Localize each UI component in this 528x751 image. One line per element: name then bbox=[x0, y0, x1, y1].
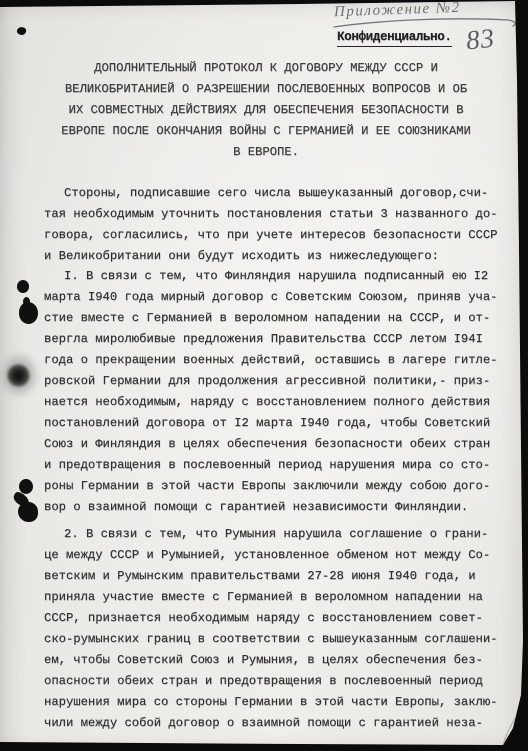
page-number: 83 bbox=[464, 23, 496, 57]
ink-speck-top-left bbox=[16, 26, 27, 37]
paper-sheet: Приложение №2 Конфиденциально. 83 ДОПОЛН… bbox=[0, 0, 528, 751]
ink-dot-2 bbox=[19, 479, 33, 494]
appendix-underline-stroke bbox=[332, 15, 524, 31]
ink-dot-1 bbox=[17, 280, 29, 293]
paragraph-preamble: Стороны, подписавшие сего числа вышеуказ… bbox=[44, 183, 504, 267]
scanned-document-page: Приложение №2 Конфиденциально. 83 ДОПОЛН… bbox=[0, 0, 528, 751]
ink-blob-1 bbox=[19, 302, 38, 324]
paragraph-point-2: 2. В связи с тем, что Румыния нарушила с… bbox=[44, 524, 504, 734]
paragraph-point-1: I. В связи с тем, что Финляндия нарушила… bbox=[44, 266, 504, 518]
page-curl-crease bbox=[488, 700, 528, 751]
document-title: ДОПОЛНИТЕЛЬНЫЙ ПРОТОКОЛ К ДОГОВОРУ МЕЖДУ… bbox=[50, 58, 482, 163]
ink-blob-2 bbox=[18, 502, 38, 522]
confidential-stamp: Конфиденциально. bbox=[337, 30, 452, 47]
